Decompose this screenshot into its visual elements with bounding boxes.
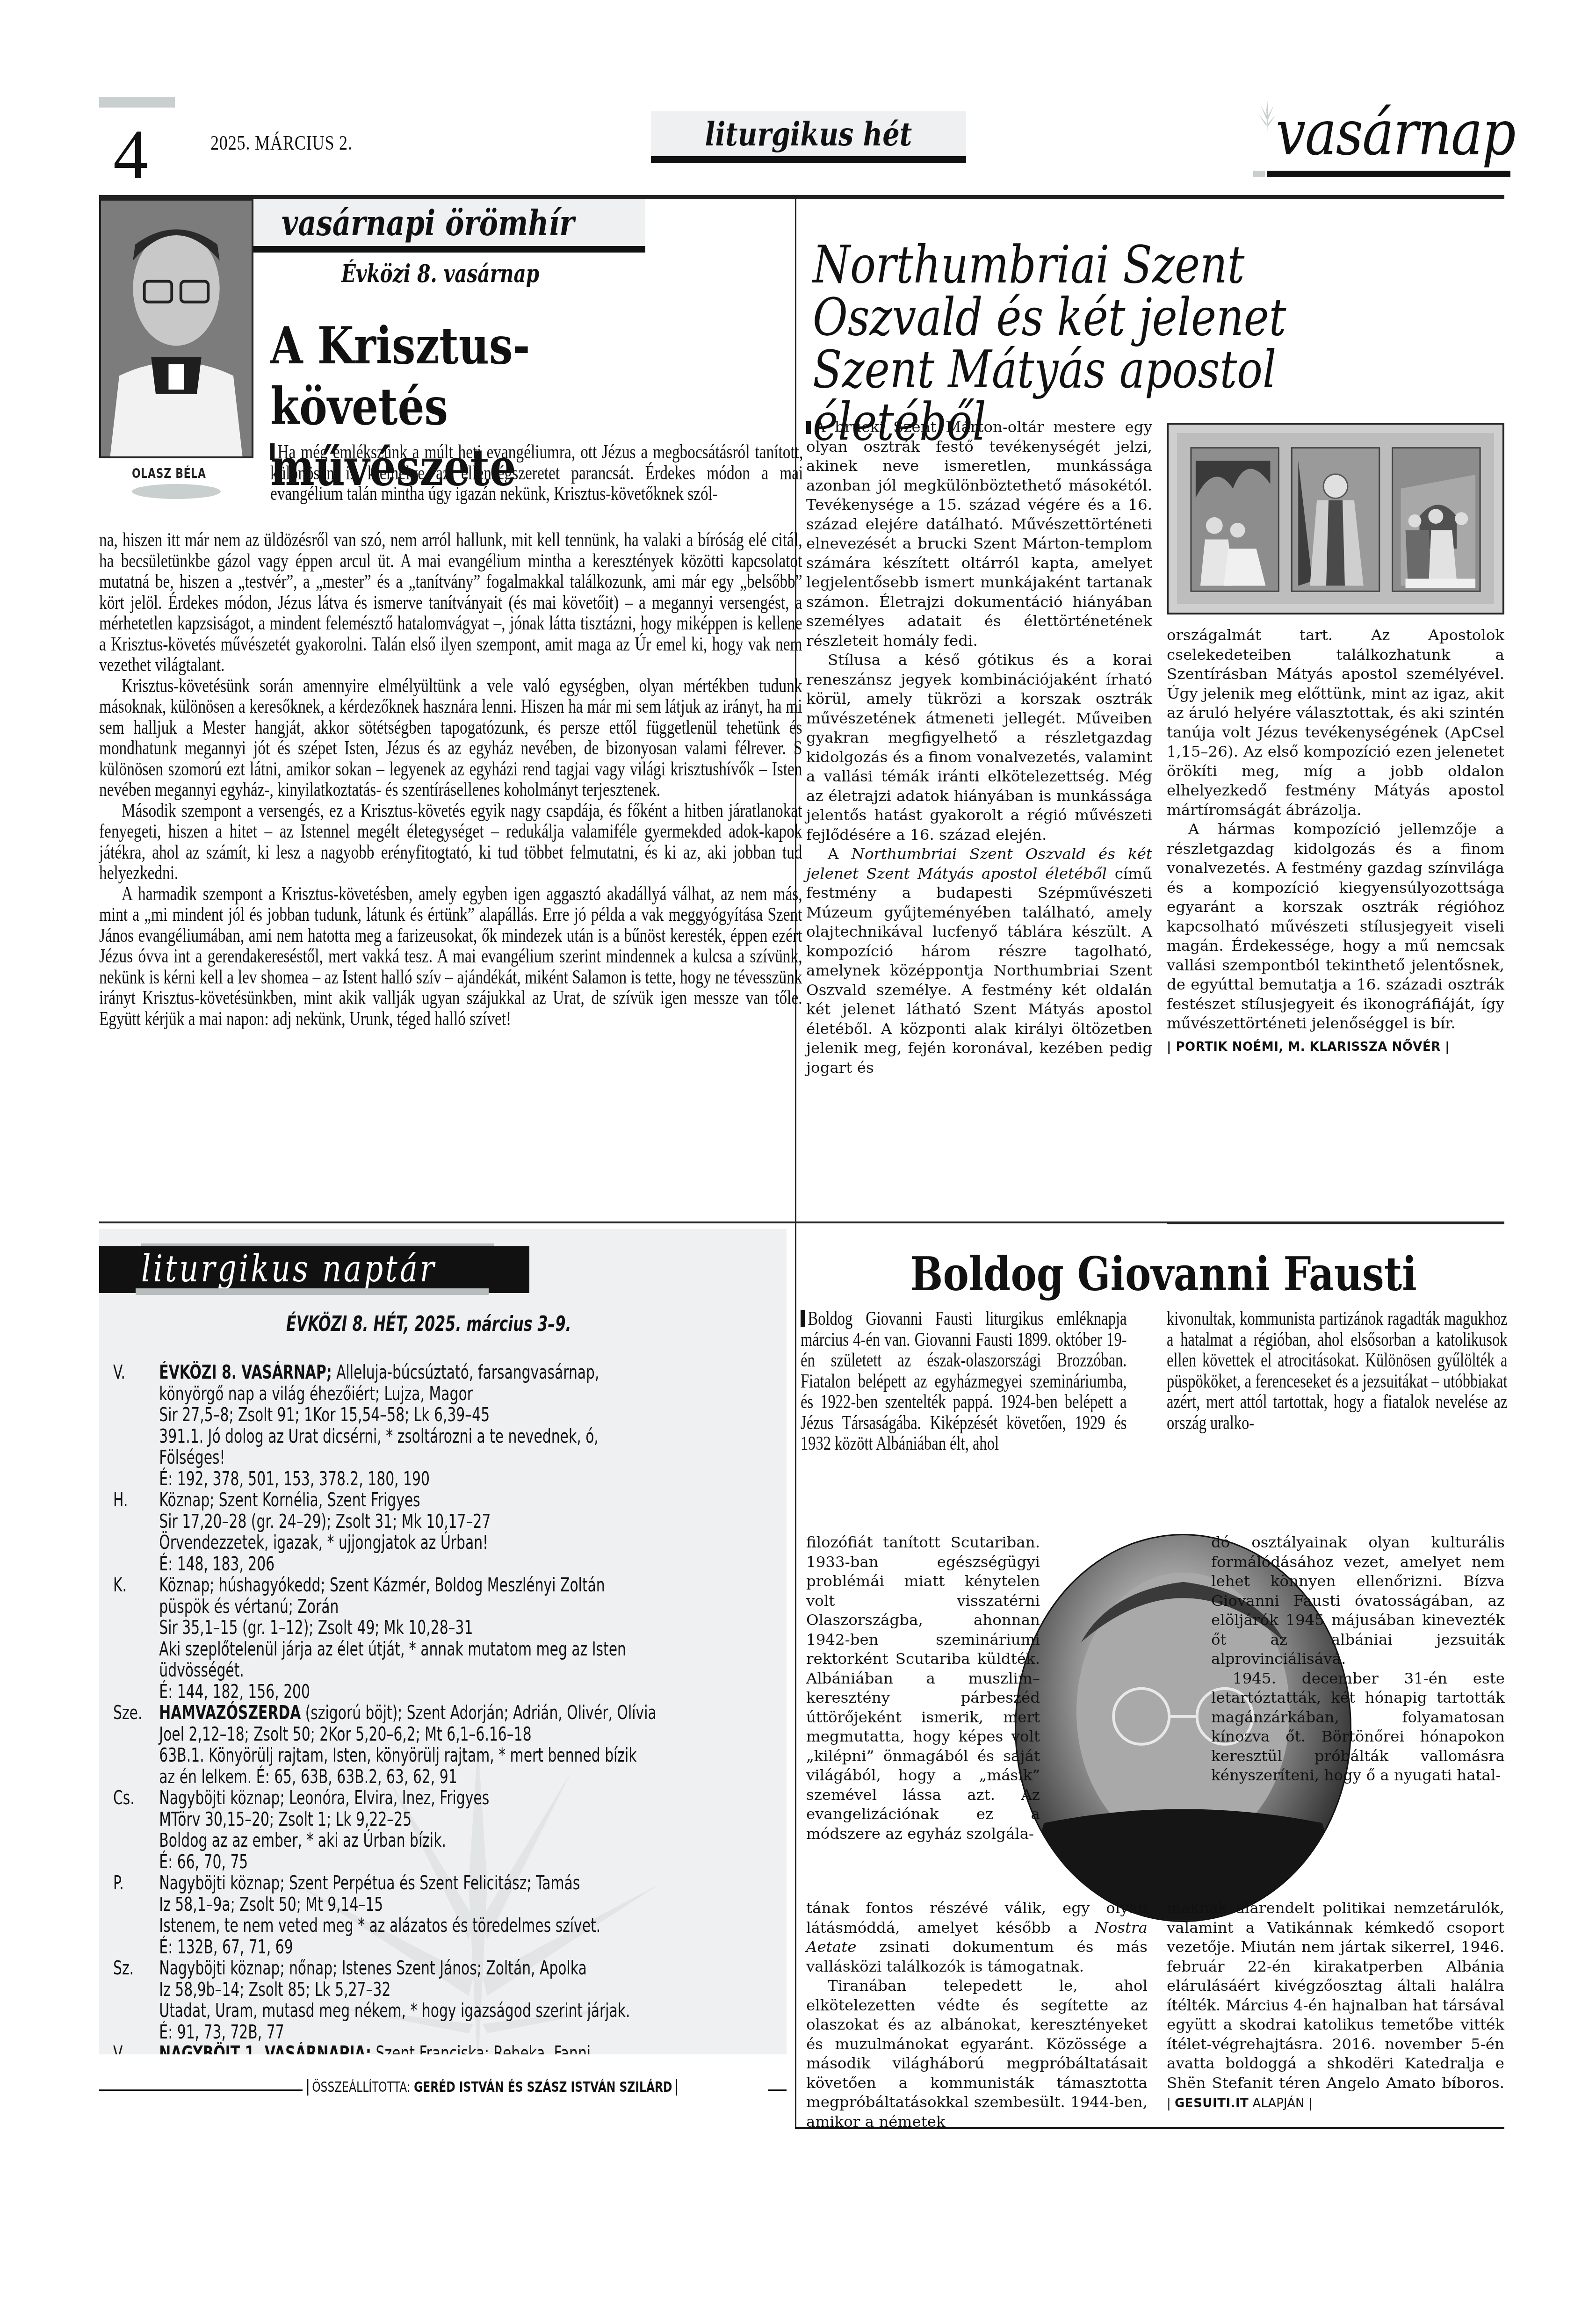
calendar-hymns: É: 132B, 67, 71, 69 (159, 1937, 600, 1959)
kicker-text: vasárnapi örömhír (282, 203, 574, 244)
article-paragraph: Krisztus-követésünk során amennyire elmé… (99, 676, 802, 801)
column-divider-bottom (795, 1221, 796, 2129)
fausti-credit: | GESUITI.IT ALAPJÁN | (1167, 2096, 1312, 2110)
calendar-day-abbrev: K. (113, 1575, 159, 1703)
article-subkicker: Évközi 8. vasárnap (341, 260, 539, 288)
calendar-feast: NAGYBÖJT 1. VASÁRNAPJA; (159, 2043, 371, 2054)
page-bottom-rule (795, 2127, 1504, 2129)
calendar-line: Nagyböjti köznap; nőnap; Istenes Szent J… (159, 1958, 630, 1980)
article-lead: Ha még emlékszünk a múlt heti evangélium… (270, 442, 803, 505)
calendar-day-row: P. Nagyböjti köznap; Szent Perpétua és S… (113, 1873, 775, 1958)
calendar-hymns: É: 91, 73, 72B, 77 (159, 2022, 630, 2044)
priest-photo-icon (101, 201, 252, 456)
calendar-psalm: Boldog az az ember, * aki az Úrban bízik… (159, 1830, 489, 1852)
liturgical-calendar: liturgikus naptár ÉVKÖZI 8. HÉT, 2025. m… (99, 1229, 787, 2054)
calendar-line: Nagyböjti köznap; Leonóra, Elvira, Inez,… (159, 1788, 489, 1809)
credit-names: GERÉD ISTVÁN ÉS SZÁSZ ISTVÁN SZILÁRD (414, 2079, 672, 2096)
lead-marker (270, 443, 274, 460)
calendar-hymns: É: 144, 182, 156, 200 (159, 1682, 626, 1703)
calendar-title-block: liturgikus naptár (99, 1246, 529, 1293)
art-paragraph: országalmát tart. Az Apostolok cselekede… (1167, 626, 1504, 820)
art-paragraph-text: című festmény a budapesti Szépművészeti … (806, 865, 1152, 1077)
calendar-day-abbrev: Sze. (113, 1703, 159, 1788)
credit-source: GESUITI.IT (1175, 2096, 1249, 2110)
fausti-text: maknak alárendelt politikai nemzetárulók… (1167, 1899, 1504, 2092)
author-portrait (99, 199, 253, 458)
calendar-readings: Sir 35,1–15 (gr. 1–12); Zsolt 49; Mk 10,… (159, 1618, 626, 1639)
calendar-title-accent-bottom (136, 1288, 489, 1295)
fausti-paragraph: Tiranában telepedett le, ahol elköteleze… (806, 1976, 1148, 2132)
fausti-column-1-top: Boldog Giovanni Fausti liturgikus emlékn… (801, 1308, 1127, 1454)
calendar-credit: ÖSSZEÁLLÍTOTTA: GERÉD ISTVÁN ÉS SZÁSZ IS… (99, 2076, 787, 2104)
calendar-readings: Iz 58,1–9a; Zsolt 50; Mt 9,14–15 (159, 1894, 600, 1916)
triptych-image-icon (1177, 433, 1494, 604)
art-credit: | PORTIK NOÉMI, M. KLARISSZA NŐVÉR | (1167, 1040, 1450, 1054)
calendar-psalm: Örvendezzetek, igazak, * ujjongjatok az … (159, 1532, 491, 1554)
lead-marker (806, 421, 811, 434)
art-article-column-2: országalmát tart. Az Apostolok cselekede… (1167, 626, 1504, 1057)
calendar-day-row: V. ÉVKÖZI 8. VASÁRNAP; Alleluja-búcsúzta… (113, 1362, 775, 1490)
calendar-day-row: Cs. Nagyböjti köznap; Leonóra, Elvira, I… (113, 1788, 775, 1873)
credit-label: ÖSSZEÁLLÍTOTTA: (312, 2079, 410, 2096)
calendar-readings: Sir 17,20–28 (gr. 24–29); Zsolt 31; Mk 1… (159, 1511, 491, 1533)
calendar-hymns: É: 66, 70, 75 (159, 1852, 489, 1873)
calendar-title: liturgikus naptár (141, 1248, 436, 1290)
calendar-day-abbrev: V. (113, 2043, 159, 2054)
page-number-block: 4 (99, 97, 176, 210)
header-rule (99, 195, 1504, 199)
byline-ornament (132, 484, 221, 499)
calendar-line: (szigorú böjt); Szent Adorján; Adrián, O… (301, 1702, 656, 1724)
fausti-paragraph: filozófiát tanított Scutariban. 1933-ban… (806, 1533, 1040, 1843)
calendar-day-abbrev: V. (113, 1362, 159, 1490)
calendar-line: Szent Franciska; Rebeka, Fanni (371, 2043, 591, 2054)
calendar-day-row: Sz. Nagyböjti köznap; nőnap; Istenes Sze… (113, 1958, 775, 2043)
calendar-hymns: az én lelkem. É: 65, 63B, 63B.2, 63, 62,… (159, 1767, 656, 1788)
painting-title-italic: Northumbriai Szent Oszvald és két jelene… (806, 845, 1152, 882)
calendar-line: Alleluja-búcsúztató, farsangvasárnap, (332, 1362, 599, 1383)
calendar-line: Köznap; húshagyókedd; Szent Kázmér, Bold… (159, 1575, 626, 1597)
calendar-days: V. ÉVKÖZI 8. VASÁRNAP; Alleluja-búcsúzta… (113, 1362, 775, 2054)
page-number-bar-top (99, 97, 175, 108)
credit-suffix: ALAPJÁN (1253, 2096, 1305, 2110)
masthead-brand: vasárnap (1253, 91, 1515, 166)
section-label-text: liturgikus hét (705, 115, 912, 153)
calendar-readings: Sir 27,5–8; Zsolt 91; 1Kor 15,54–58; Lk … (159, 1405, 599, 1426)
art-paragraph: Stílusa a késő gótikus és a korai renesz… (806, 650, 1152, 845)
art-credit-text: PORTIK NOÉMI, M. KLARISSZA NŐVÉR (1176, 1040, 1441, 1054)
author-byline: OLASZ BÉLA (132, 466, 206, 481)
calendar-readings: Iz 58,9b–14; Zsolt 85; Lk 5,27–32 (159, 1980, 630, 2001)
calendar-day-row: K. Köznap; húshagyókedd; Szent Kázmér, B… (113, 1575, 775, 1703)
calendar-feast: HAMVAZÓSZERDA (159, 1702, 301, 1724)
page-header: 4 2025. MÁRCIUS 2. liturgikus hét vasárn… (0, 0, 1596, 196)
fausti-paragraph: 1945. december 31-én este letartóztatták… (1211, 1669, 1505, 1785)
art-paragraph: A hármas kompozíció jellemzője a részlet… (1167, 820, 1504, 1034)
calendar-feast: ÉVKÖZI 8. VASÁRNAP; (159, 1362, 332, 1383)
brand-rule (1267, 171, 1510, 177)
art-article-title: Northumbriai Szent Oszvald és két jelene… (813, 239, 1387, 448)
calendar-hymns: É: 148, 183, 206 (159, 1554, 491, 1576)
fausti-paragraph: maknak alárendelt politikai nemzetárulók… (1167, 1899, 1504, 2114)
calendar-day-row: V. NAGYBÖJT 1. VASÁRNAPJA; Szent Francis… (113, 2043, 775, 2054)
brand-name: vasárnap (1276, 101, 1515, 166)
page-number: 4 (113, 110, 148, 199)
article-paragraph: A harmadik szempont a Krisztus-követésbe… (99, 884, 802, 1030)
section-label: liturgikus hét (651, 111, 966, 163)
fausti-paragraph: dó osztályainak olyan kulturális formáló… (1211, 1533, 1505, 1669)
calendar-readings: Joel 2,12–18; Zsolt 50; 2Kor 5,20–6,2; M… (159, 1724, 656, 1746)
fausti-column-1-bottom: tának fontos részévé válik, egy olyan lá… (806, 1899, 1148, 2132)
calendar-psalm: üdvösségét. (159, 1660, 626, 1682)
art-paragraph: A brucki Szent Márton-oltár mestere egy … (806, 418, 1152, 650)
article-paragraph: Második szempont a versengés, ez a Krisz… (99, 801, 802, 884)
calendar-line: Köznap; Szent Kornélia, Szent Frigyes (159, 1490, 491, 1511)
calendar-day-abbrev: P. (113, 1873, 159, 1958)
article-kicker: vasárnapi örömhír (253, 199, 645, 253)
calendar-psalm: 63B.1. Könyörülj rajtam, Isten, könyörül… (159, 1745, 656, 1767)
triptych-painting (1167, 423, 1504, 614)
fausti-paragraph: Boldog Giovanni Fausti liturgikus emlékn… (801, 1308, 1127, 1454)
calendar-week: ÉVKÖZI 8. HÉT, 2025. március 3–9. (286, 1312, 571, 1336)
fausti-article-title: Boldog Giovanni Fausti (884, 1246, 1443, 1301)
credit-rule-left (99, 2089, 303, 2091)
calendar-psalm: Utadat, Uram, mutasd meg nékem, * hogy i… (159, 2001, 630, 2022)
calendar-psalm: Istenem, te nem veted meg * az alázatos … (159, 1915, 600, 1937)
calendar-day-row: Sze. HAMVAZÓSZERDA (szigorú böjt); Szent… (113, 1703, 775, 1788)
fausti-paragraph: kivonultak, kommunista partizánok ragadt… (1167, 1308, 1508, 1433)
calendar-psalm: 391.1. Jó dolog az Urat dicsérni, * zsol… (159, 1426, 599, 1448)
calendar-line: Nagyböjti köznap; Szent Perpétua és Szen… (159, 1873, 600, 1894)
art-article-column-1: A brucki Szent Márton-oltár mestere egy … (806, 418, 1152, 1077)
calendar-day-abbrev: Sz. (113, 1958, 159, 2043)
fausti-column-2-top: kivonultak, kommunista partizánok ragadt… (1167, 1308, 1508, 1433)
calendar-line: püspök és vértanú; Zorán (159, 1597, 626, 1618)
fausti-text: zsinati dokumentum és más vallásközi tal… (806, 1938, 1148, 1975)
calendar-day-abbrev: Cs. (113, 1788, 159, 1873)
fausti-column-1-middle: filozófiát tanított Scutariban. 1933-ban… (806, 1533, 1040, 1843)
credit-rule-right (768, 2089, 787, 2091)
calendar-psalm: Fölséges! (159, 1447, 599, 1469)
calendar-hymns: É: 192, 378, 501, 153, 378.2, 180, 190 (159, 1469, 599, 1490)
calendar-readings: MTörv 30,15–20; Zsolt 1; Lk 9,22–25 (159, 1809, 489, 1831)
calendar-line: könyörgő nap a világ éhezőiért; Lujza, M… (159, 1384, 599, 1405)
article-body: na, hiszen itt már nem az üldözésről van… (99, 530, 802, 1029)
lead-marker (801, 1310, 805, 1327)
fausti-column-2-middle: dó osztályainak olyan kulturális formáló… (1211, 1533, 1505, 1785)
art-paragraph: A Northumbriai Szent Oszvald és két jele… (806, 845, 1152, 1077)
calendar-day-row: H. Köznap; Szent Kornélia, Szent Frigyes… (113, 1490, 775, 1575)
art-paragraph-prefix: A (828, 845, 838, 863)
art-article-end-rule (1167, 1223, 1504, 1224)
lead-text: Ha még emlékszünk a múlt heti evangélium… (270, 441, 803, 505)
issue-date: 2025. MÁRCIUS 2. (210, 131, 353, 155)
article-paragraph: na, hiszen itt már nem az üldözésről van… (99, 530, 802, 676)
fausti-paragraph: tának fontos részévé válik, egy olyan lá… (806, 1899, 1148, 1976)
calendar-credit-text: ÖSSZEÁLLÍTOTTA: GERÉD ISTVÁN ÉS SZÁSZ IS… (307, 2079, 677, 2096)
fausti-column-2-bottom: maknak alárendelt politikai nemzetárulók… (1167, 1899, 1504, 2114)
brand-rule-accent (1253, 171, 1265, 177)
calendar-psalm: Aki szeplőtelenül járja az élet útját, *… (159, 1639, 626, 1661)
calendar-day-abbrev: H. (113, 1490, 159, 1575)
